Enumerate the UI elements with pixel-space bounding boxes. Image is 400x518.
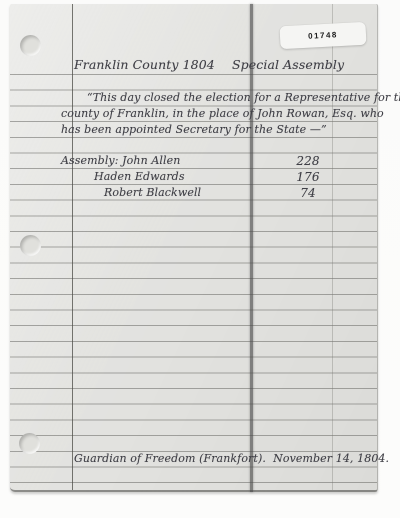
paragraph-line: “This day closed the election for a Repr…: [87, 91, 400, 105]
notebook-paper-sheet: 01748 Franklin County 1804 Special Assem…: [10, 4, 378, 492]
heading-subtitle: Special Assembly: [232, 58, 344, 72]
scanned-document-page: 01748 Franklin County 1804 Special Assem…: [0, 0, 400, 518]
result-row-votes: 74: [290, 186, 326, 200]
catalog-sticker: 01748: [279, 22, 366, 49]
result-row-candidate: Robert Blackwell: [104, 186, 201, 200]
result-row-votes: 228: [290, 154, 326, 168]
hole-punch-top: [20, 35, 41, 56]
hole-punch-bottom: [19, 433, 40, 454]
result-row-candidate: Assembly: John Allen: [61, 154, 180, 168]
margin-line: [72, 4, 73, 490]
paragraph-line: has been appointed Secretary for the Sta…: [61, 123, 327, 137]
catalog-number: 01748: [308, 30, 338, 41]
hole-punch-middle: [20, 235, 41, 256]
result-row-candidate: Haden Edwards: [94, 170, 185, 184]
paragraph-line: county of Franklin, in the place of John…: [61, 107, 384, 121]
faint-crease-line: [332, 4, 333, 490]
heading-title: Franklin County 1804: [74, 58, 215, 72]
result-row-votes: 176: [290, 170, 326, 184]
source-citation: Guardian of Freedom (Frankfort). Novembe…: [74, 452, 389, 466]
center-crease-line: [250, 4, 253, 492]
